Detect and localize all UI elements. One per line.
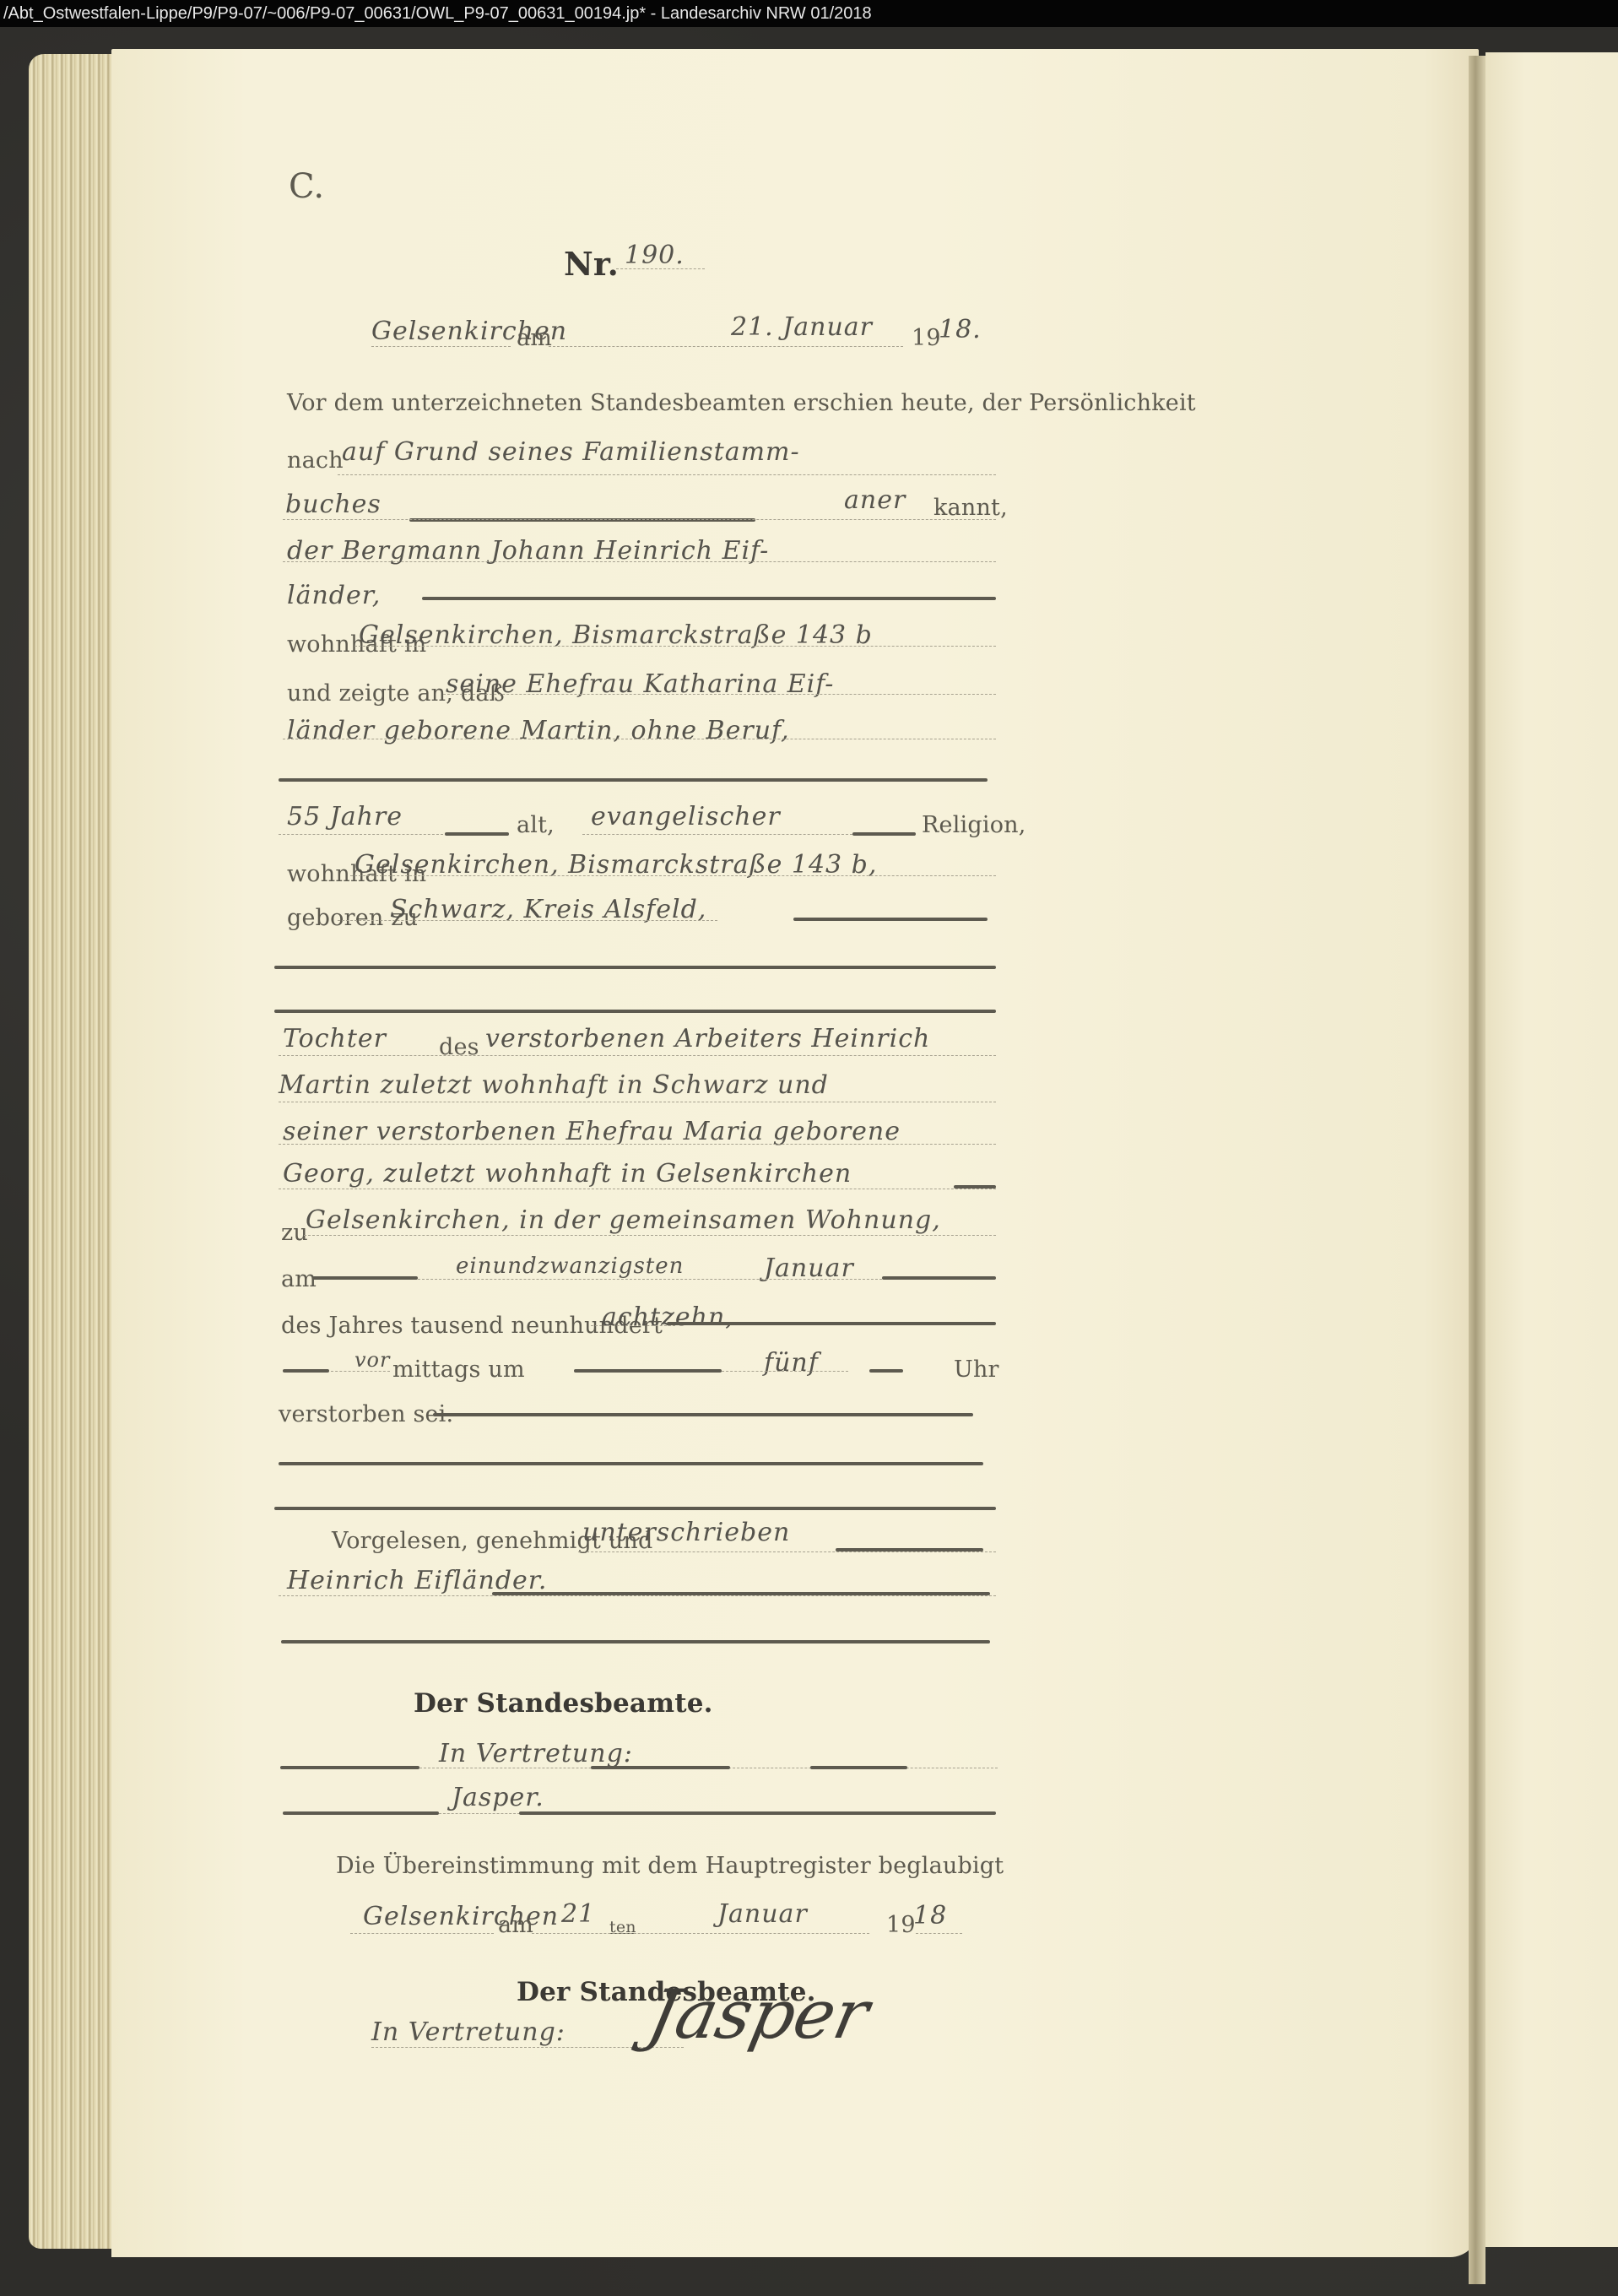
official-title: Der Standesbeamte. [414,1688,713,1719]
separator-rule [279,778,988,782]
bekannt-label: kannt, [933,495,1008,521]
declarant-line [283,561,996,562]
strike-rule [283,1369,329,1373]
death-record-document: C. Nr. 190. Gelsenkirchen am 21. Januar … [0,0,1618,2296]
strike-rule [852,832,916,836]
strike-rule [869,1369,903,1373]
year-suffix: 18. [939,315,982,344]
cert-year-prefix: 19 [886,1912,916,1938]
strike-rule [667,1322,996,1325]
nach-line [338,474,996,475]
strike-rule [280,1766,419,1769]
parents-line-2: Martin zuletzt wohnhaft in Schwarz und [279,1070,829,1100]
section-letter: C. [289,167,324,206]
parents-dotted-3 [279,1144,996,1145]
age-line [279,834,443,835]
cert-signature-line [371,2047,684,2048]
strike-rule [574,1369,722,1373]
strike-rule [433,1413,973,1416]
vorgelesen-value: unterschrieben [582,1518,790,1547]
alt-label: alt, [517,812,555,838]
separator-rule [279,1462,983,1465]
separator-rule [274,1010,996,1013]
separator-rule [274,966,996,969]
separator-rule [274,1507,996,1510]
zu-line [304,1235,996,1236]
parents-des-label: des [439,1034,479,1060]
deceased-dotted [283,739,996,739]
declarant-signature-line [279,1595,996,1596]
strike-rule [445,832,509,836]
cert-in-vertretung: In Vertretung: [371,2017,565,2047]
nach-value: auf Grund seines Familienstamm- [342,437,800,467]
certification-text: Die Übereinstimmung mit dem Hauptregiste… [336,1853,1004,1879]
strike-rule [591,1766,730,1769]
jahr-value: achtzehn, [602,1302,734,1332]
intro-text: Vor dem unterzeichneten Standesbeamten e… [287,390,1196,416]
record-number-value: 190. [625,241,685,270]
geboren-line [338,920,717,921]
number-dotted-line [616,268,705,269]
bekannt-value: aner [844,485,906,515]
parents-line-3: seiner verstorbenen Ehefrau Maria gebore… [283,1117,901,1146]
declarant-line-2: länder, [287,581,381,610]
jahr-line [591,1325,675,1326]
strike-rule [312,1276,418,1280]
religion-line [582,834,852,835]
religion-value: evangelischer [591,802,781,831]
parents-father: verstorbenen Arbeiters Heinrich [485,1024,930,1053]
uhr-line [722,1371,848,1372]
cert-am: am [498,1912,533,1938]
wohnhaft2-line [350,875,996,876]
separator-rule [281,1640,990,1643]
parents-line-4: Georg, zuletzt wohnhaft in Gelsenkirchen [283,1159,852,1189]
strike-rule [283,1811,439,1815]
strike-rule [492,1592,990,1595]
uhr-value: fünf [764,1348,819,1378]
cert-day: 21 [561,1899,595,1929]
strike-rule [519,1811,996,1815]
deceased-line: länder geborene Martin, ohne Beruf, [287,716,790,745]
buch-value: buches [285,490,382,519]
official-in-vertretung: In Vertretung: [439,1739,633,1768]
zu-label: zu [281,1220,308,1246]
cert-month: Januar [717,1899,808,1929]
strike-rule [882,1276,996,1280]
vor-line [331,1371,390,1372]
am-death-value: einundzwanzigsten [456,1254,684,1279]
parents-dotted-4 [279,1189,996,1189]
record-number-label: Nr. [564,245,619,283]
date-line [549,346,903,347]
age-value: 55 Jahre [287,802,403,831]
place-line [371,346,511,347]
official-name: Jasper. [452,1783,544,1812]
parents-line-1 [279,1055,996,1056]
parents-tochter: Tochter [283,1024,387,1053]
bekannt-line [283,519,996,520]
religion-label: Religion, [922,812,1026,838]
strike-rule [810,1766,907,1769]
am-label: am [517,325,552,351]
cert-year-suffix: 18 [913,1901,947,1930]
declarant-signature: Heinrich Eifländer. [287,1566,547,1595]
year-prefix: 19 [912,325,941,351]
zu-value: Gelsenkirchen, in der gemeinsamen Wohnun… [306,1205,941,1235]
strike-rule [793,918,988,921]
vorgelesen-line [578,1551,996,1552]
strike-rule [422,597,996,600]
uhr-label: Uhr [954,1356,999,1383]
cert-date-line [532,1933,869,1934]
zeigte-line [443,694,996,695]
nach-label: nach [287,447,344,474]
official-signature: Jasper [641,1975,875,2054]
vor-value: vor [354,1348,390,1372]
am-line [418,1279,882,1280]
cert-place-line [350,1933,494,1934]
parents-dotted-2 [279,1102,996,1102]
date-handwritten: 21. Januar [731,312,873,342]
am-death-label: am [281,1266,317,1292]
official-line-2 [439,1813,520,1814]
strike-rule [836,1548,983,1551]
wohnhaft-line [354,646,996,647]
verstorben-label: verstorben sei. [279,1401,453,1427]
cert-year-line [916,1933,962,1934]
mittags-label: mittags um [392,1356,525,1383]
